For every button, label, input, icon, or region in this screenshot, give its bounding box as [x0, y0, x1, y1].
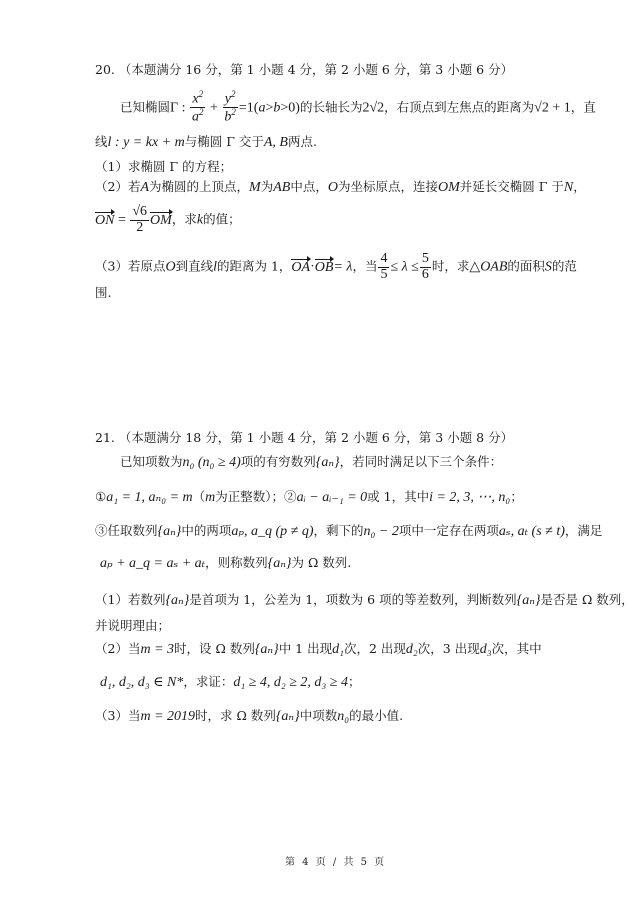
cond2-equation: aᵢ − aᵢ₋₁ = 0: [297, 490, 368, 505]
sum-equation: aₚ + a_q = aₛ + aₜ: [100, 556, 205, 571]
q21-text: 是否是 Ω 数列，: [540, 592, 633, 607]
d2: d₂: [406, 642, 418, 657]
line-equation: l : y = kx + m: [108, 135, 185, 150]
index-range: i = 2, 3, ⋯, n₀: [429, 490, 510, 505]
q20-part2-line2: ON = √62OM，求k的值；: [95, 205, 241, 235]
remaining-count: n₀ − 2: [364, 524, 399, 539]
q21-text: 项中一定存在两项: [399, 523, 499, 538]
q21-part3: （3）当m = 2019时，求 Ω 数列{aₙ}中项数n₀的最小值.: [95, 710, 403, 724]
q20-text: ，: [573, 179, 586, 194]
q20-intro-text: 已知椭圆: [120, 99, 170, 114]
q21-text: 时，设 Ω 数列: [174, 641, 255, 656]
q20-text: 线: [95, 134, 108, 149]
q20-text: 与椭圆 Γ 交于: [185, 134, 264, 149]
q21-text: ，若同时满足以下三个条件：: [340, 454, 503, 469]
q21-text: （2）当: [95, 641, 140, 656]
page-number: 第 4 页 / 共 5 页: [285, 858, 386, 868]
sequence-an: {aₙ}: [276, 709, 300, 724]
q21-text: （: [193, 489, 206, 504]
q21-condition-3-line2: aₚ + a_q = aₛ + aₜ，则称数列{aₙ}为 Ω 数列.: [100, 557, 351, 571]
q21-text: ③任取数列: [95, 523, 158, 538]
vector-oa: OA: [291, 261, 310, 275]
q21-text: 次，3 出现: [418, 641, 480, 656]
n0: n₀: [337, 709, 349, 724]
math-var: AB: [273, 180, 290, 195]
math-var: A: [140, 180, 149, 195]
d1: d₁: [332, 642, 344, 657]
q20-text: 并延长交椭圆 Γ 于: [460, 179, 564, 194]
q21-text: 次，2 出现: [344, 641, 406, 656]
d-set: d₁, d₂, d₃ ∈ N*: [100, 675, 183, 690]
y2-over-b2: y2b2: [222, 90, 238, 126]
sequence-an: {aₙ}: [316, 455, 340, 470]
d3: d₃: [480, 642, 492, 657]
q20-text: 的面积: [507, 259, 545, 274]
vector-ob: OB: [315, 261, 334, 275]
math-var: OM: [438, 180, 460, 195]
sqrt6-over-2: √62: [130, 205, 149, 235]
q21-text: 中项数: [300, 708, 338, 723]
q21-text: 或 1，其中: [367, 489, 429, 504]
q21-text: 时，求 Ω 数列: [195, 708, 276, 723]
x2-over-a2: x2a2: [190, 90, 206, 126]
inequality: ≤ λ ≤: [390, 260, 418, 275]
q20-text: 的距离为 1，: [217, 259, 291, 274]
q20-text: ，求: [172, 212, 197, 227]
q21-part2-line1: （2）当m = 3时，设 Ω 数列{aₙ}中 1 出现d₁次，2 出现d₂次，3…: [95, 643, 542, 657]
q21-text: ，剩下的: [314, 523, 364, 538]
q20-text: 的值；: [203, 212, 241, 227]
q21-text: 次，其中: [492, 641, 542, 656]
q20-text: 的范: [552, 259, 577, 274]
sequence-an: {aₙ}: [517, 593, 541, 608]
q21-text: ；: [510, 489, 523, 504]
q20-line-eq-line: 线l : y = kx + m与椭圆 Γ 交于A, B两点.: [95, 136, 317, 150]
circled-2: ②: [284, 489, 297, 504]
math-var: S: [545, 260, 552, 275]
q20-text: 到直线: [176, 259, 214, 274]
q21-text: 已知项数为: [120, 454, 183, 469]
q21-text: 的最小值.: [349, 708, 403, 723]
distance-value: √2 + 1: [534, 100, 571, 115]
m-value: m = 3: [140, 642, 174, 657]
q20-intro-text-b: 的长轴长为: [300, 99, 363, 114]
q20-text: 为椭圆的上顶点，: [149, 179, 249, 194]
q21-text: ，则称数列: [205, 555, 268, 570]
q21-part2-line2: d₁, d₂, d₃ ∈ N*，求证：d₁ ≥ 4, d₂ ≥ 2, d₃ ≥ …: [100, 676, 361, 690]
vector-om: OM: [150, 214, 172, 228]
q20-text: 中点，: [290, 179, 328, 194]
math-var: N: [564, 180, 573, 195]
sequence-an: {aₙ}: [158, 524, 182, 539]
q21-text: （3）当: [95, 708, 140, 723]
frac-4-5: 45: [378, 252, 389, 282]
q20-intro-text-c: ，右顶点到左焦点的距离为: [384, 99, 534, 114]
q21-text: 中 1 出现: [279, 641, 332, 656]
q21-part1-line1: （1）若数列{aₙ}是首项为 1，公差为 1，项数为 6 项的等差数列，判断数列…: [95, 594, 634, 608]
q20-text: 两点.: [288, 134, 317, 149]
d-inequalities: d₁ ≥ 4, d₂ ≥ 2, d₃ ≥ 4: [233, 675, 348, 690]
q21-text: ；: [348, 674, 361, 689]
lambda: = λ: [333, 260, 352, 275]
q21-part1-line2: 并说明理由；: [95, 620, 170, 633]
q20-intro-text-d: ，直: [571, 99, 596, 114]
q21-text: 中的两项: [181, 523, 231, 538]
q20-part3-line1: （3）若原点O到直线l的距离为 1，OA·OB= λ，当45≤ λ ≤56时，求…: [95, 252, 577, 282]
q21-text: 为 Ω 数列.: [292, 555, 352, 570]
n0-condition: n₀ (n₀ ≥ 4): [183, 455, 241, 470]
math-var: O: [165, 260, 175, 275]
m-value: m = 2019: [140, 709, 195, 724]
q20-text: ，当: [352, 259, 377, 274]
q21-condition-3-line1: ③任取数列{aₙ}中的两项aₚ, a_q (p ≠ q)，剩下的n₀ − 2项中…: [95, 525, 602, 539]
frac-5-6: 56: [420, 252, 431, 282]
math-var: O: [328, 180, 338, 195]
q21-text: （1）若数列: [95, 592, 165, 607]
math-var: M: [249, 180, 261, 195]
cond1-equation: a₁ = 1, aₙ₀ = m: [106, 490, 192, 505]
q20-text: （2）若: [95, 179, 140, 194]
terms-ap-aq: aₚ, a_q (p ≠ q): [231, 524, 313, 539]
q21-text: ，求证：: [183, 674, 233, 689]
terms-as-at: aₛ, aₜ (s ≠ t): [499, 524, 565, 539]
q21-text: 是首项为 1，公差为 1，项数为 6 项的等差数列，判断数列: [189, 592, 516, 607]
major-axis-value: 2√2: [362, 100, 384, 115]
points-ab: A, B: [264, 135, 288, 150]
q20-text: （3）若原点: [95, 259, 165, 274]
sequence-an: {aₙ}: [268, 556, 292, 571]
q20-text: 为: [261, 179, 274, 194]
q21-text: 项的有穷数列: [241, 454, 316, 469]
math-var: m: [205, 490, 215, 505]
q20-part2-line1: （2）若A为椭圆的上顶点，M为AB中点，O为坐标原点，连接OM并延长交椭圆 Γ …: [95, 181, 586, 195]
circled-1: ①: [95, 489, 106, 504]
q20-header: 20. （本题满分 16 分，第 1 小题 4 分，第 2 小题 6 分，第 3…: [95, 64, 513, 77]
q21-text: 为正整数）；: [215, 489, 284, 504]
triangle-oab: △OAB: [469, 260, 507, 275]
q21-conditions-1-2: ①a₁ = 1, aₙ₀ = m（m为正整数）；②aᵢ − aᵢ₋₁ = 0或 …: [95, 491, 523, 505]
q20-part1: （1）求椭圆 Γ 的方程；: [95, 161, 232, 174]
q21-text: ，满足: [565, 523, 603, 538]
vector-on: ON: [95, 214, 114, 228]
q21-header: 21. （本题满分 18 分，第 1 小题 4 分，第 2 小题 6 分，第 3…: [95, 432, 513, 445]
q20-part3-line2: 围.: [95, 287, 111, 300]
q20-text: 为坐标原点，连接: [338, 179, 438, 194]
sequence-an: {aₙ}: [255, 642, 279, 657]
q21-intro: 已知项数为n₀ (n₀ ≥ 4)项的有穷数列{aₙ}，若同时满足以下三个条件：: [120, 456, 502, 470]
sequence-an: {aₙ}: [165, 593, 189, 608]
q20-intro-line: 已知椭圆Γ : x2a2 + y2b2=1(a>b>0)的长轴长为2√2，右顶点…: [120, 90, 596, 126]
q20-text: 时，求: [432, 259, 470, 274]
